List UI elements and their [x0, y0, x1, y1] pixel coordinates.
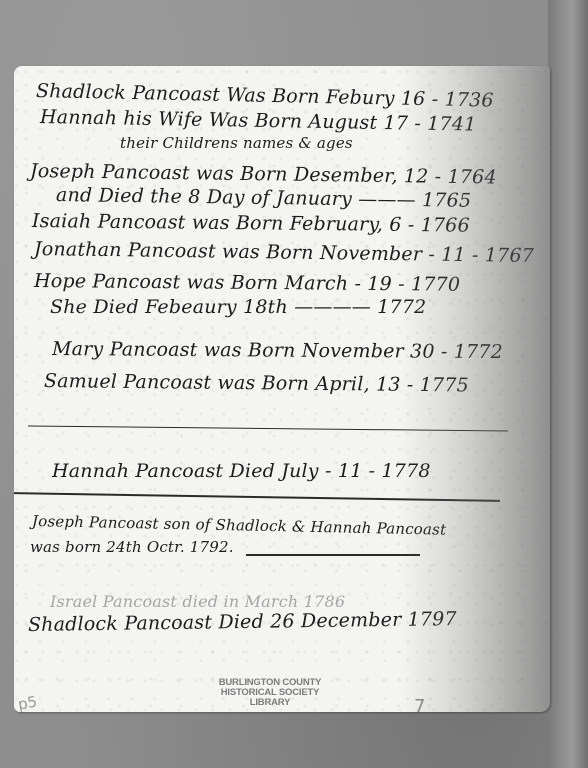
children-heading: their Childrens names & ages [120, 134, 353, 152]
corner-mark: 7 [414, 696, 425, 712]
entry-hope-death: She Died Febeaury 18th ———— 1772 [50, 296, 426, 318]
entry-isaiah-birth: Isaiah Pancoast was Born February, 6 - 1… [32, 210, 470, 237]
entry-shadlock-death: Shadlock Pancoast Died 26 December 1797 [28, 608, 457, 636]
scan-backdrop-edge [548, 0, 588, 768]
entry-samuel-birth: Samuel Pancoast was Born April, 13 - 177… [44, 370, 469, 396]
entry-hannah-birth: Hannah his Wife Was Born August 17 - 174… [40, 106, 477, 136]
divider-line [28, 425, 508, 431]
entry-joseph-death: and Died the 8 Day of January ——— 1765 [56, 184, 472, 212]
stamp-line: LIBRARY [200, 698, 340, 708]
entry-hope-birth: Hope Pancoast was Born March - 19 - 1770 [34, 270, 460, 296]
entry-jonathan-birth: Jonathan Pancoast was Born November - 11… [34, 238, 534, 267]
library-stamp: BURLINGTON COUNTY HISTORICAL SOCIETY LIB… [200, 678, 340, 708]
entry-joseph-1792-line1: Joseph Pancoast son of Shadlock & Hannah… [32, 512, 447, 539]
document-page: Shadlock Pancoast Was Born Febury 16 - 1… [14, 66, 550, 712]
entry-israel-death-faded: Israel Pancoast died in March 1786 [50, 592, 345, 611]
entry-joseph-1792-line2: was born 24th Octr. 1792. [30, 538, 234, 556]
entry-hannah-death: Hannah Pancoast Died July - 11 - 1778 [52, 460, 431, 482]
entry-mary-birth: Mary Pancoast was Born November 30 - 177… [52, 338, 503, 363]
divider-line [14, 492, 500, 502]
page-number-note: p5 [17, 692, 39, 712]
flourish-line [246, 554, 420, 556]
